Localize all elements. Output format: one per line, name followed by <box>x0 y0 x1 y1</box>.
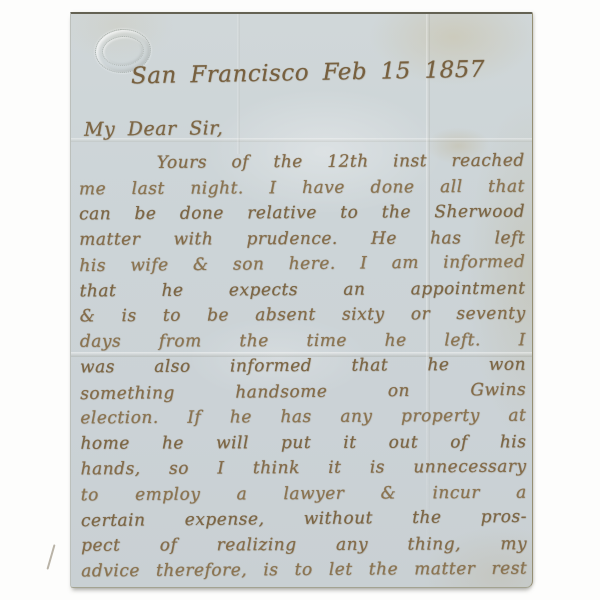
body-line: matter with prudence. He has left <box>79 226 525 253</box>
body-line: his wife & son here. I am informed <box>79 250 525 280</box>
dateline: San Francisco Feb 15 1857 <box>131 55 486 92</box>
body-line: can be done relative to the Sherwood <box>79 200 525 228</box>
body-line: Yours of the 12th inst reached <box>79 149 525 177</box>
body-line: advice therefore, is to let the matter r… <box>81 557 527 585</box>
body-line: days from the time he left. I <box>80 328 526 355</box>
letter-paper: San Francisco Feb 15 1857 My Dear Sir, Y… <box>70 12 533 588</box>
body-line: election. If he has any property at <box>80 404 526 432</box>
body-line: something handsome on Gwins <box>80 377 526 407</box>
stray-pencil-mark <box>46 544 55 570</box>
salutation: My Dear Sir, <box>84 117 224 140</box>
body-line: certain expense, without the pros- <box>81 505 527 535</box>
body-line: that he expects an appointment <box>79 276 525 304</box>
body-line: home he will put it out of his <box>80 430 526 457</box>
body-line: hands, so I think it is unnecessary <box>81 455 527 483</box>
letter-body: Yours of the 12th inst reached me last n… <box>79 149 528 585</box>
body-line: me last night. I have done all that <box>79 174 525 202</box>
body-line: was also informed that he won <box>80 353 526 381</box>
scan-background: San Francisco Feb 15 1857 My Dear Sir, Y… <box>0 0 600 600</box>
body-line: pect of realizing any thing, my <box>81 532 527 559</box>
body-line: & is to be absent sixty or seventy <box>80 302 526 330</box>
body-line: to employ a lawyer & incur a <box>81 480 527 508</box>
